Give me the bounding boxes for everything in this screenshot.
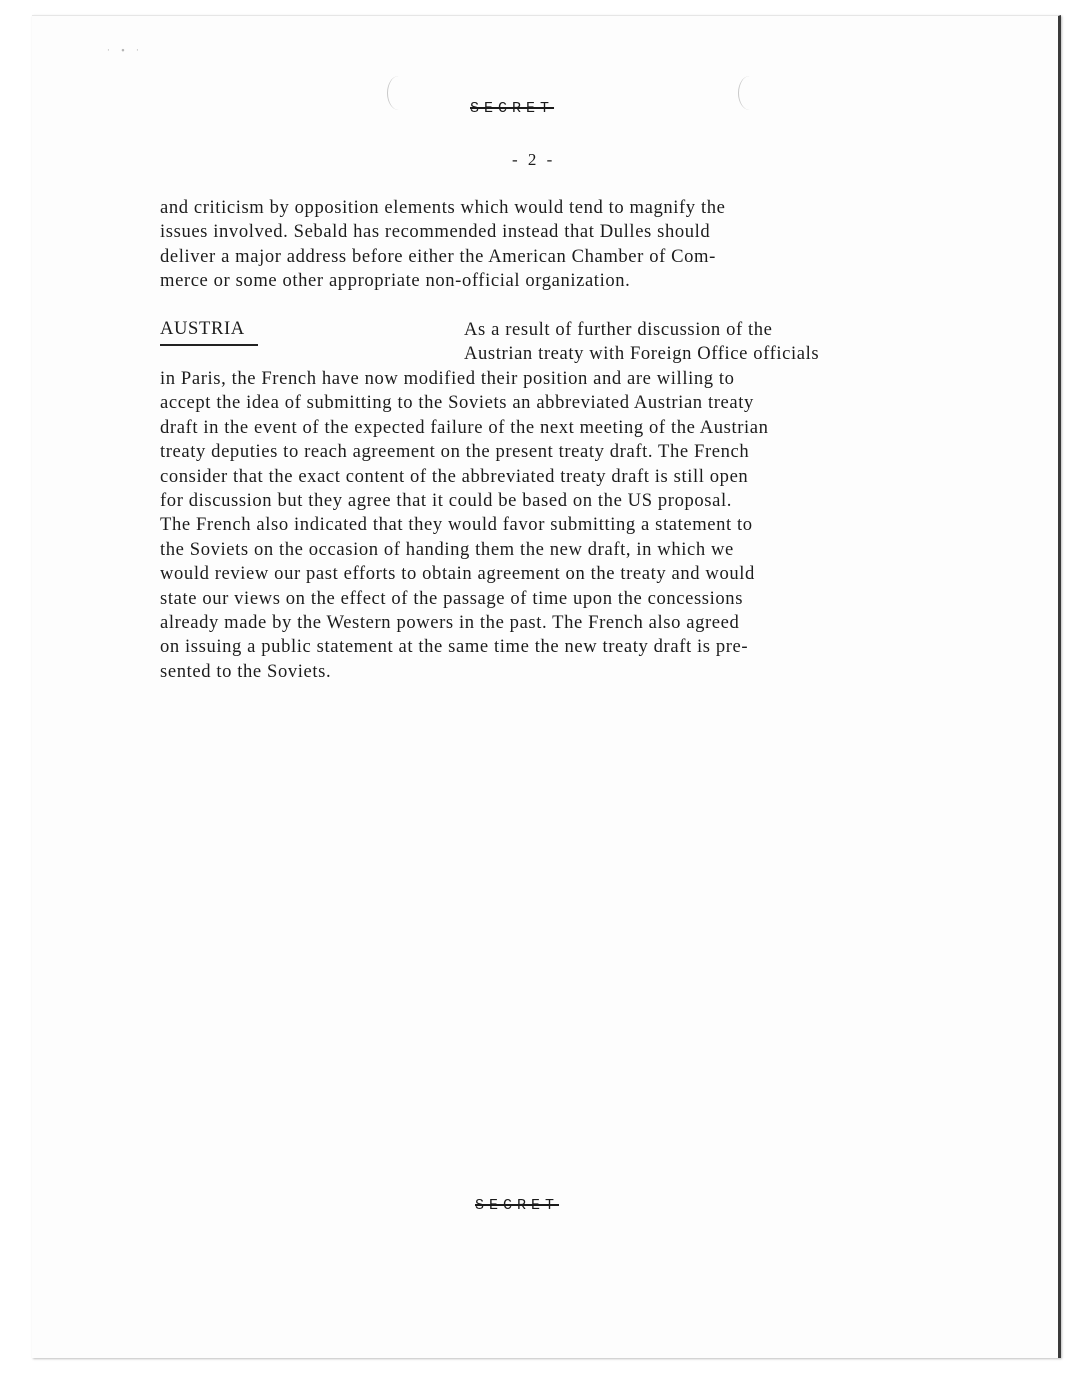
austria-paragraph-body: in Paris, the French have now modified t… — [160, 367, 980, 684]
paper-speck-marks: · ∙ · — [107, 46, 143, 56]
section-heading-austria: AUSTRIA — [160, 318, 258, 346]
classification-marking-bottom: SECRET — [475, 1197, 559, 1214]
punch-hole-mark-right — [738, 76, 761, 110]
classification-marking-top: SECRET — [470, 100, 554, 117]
continuation-paragraph: and criticism by opposition elements whi… — [160, 196, 980, 294]
austria-paragraph-lead: As a result of further discussion of the… — [464, 318, 984, 367]
punch-hole-mark-left — [387, 76, 410, 110]
page-number: - 2 - — [512, 150, 555, 170]
